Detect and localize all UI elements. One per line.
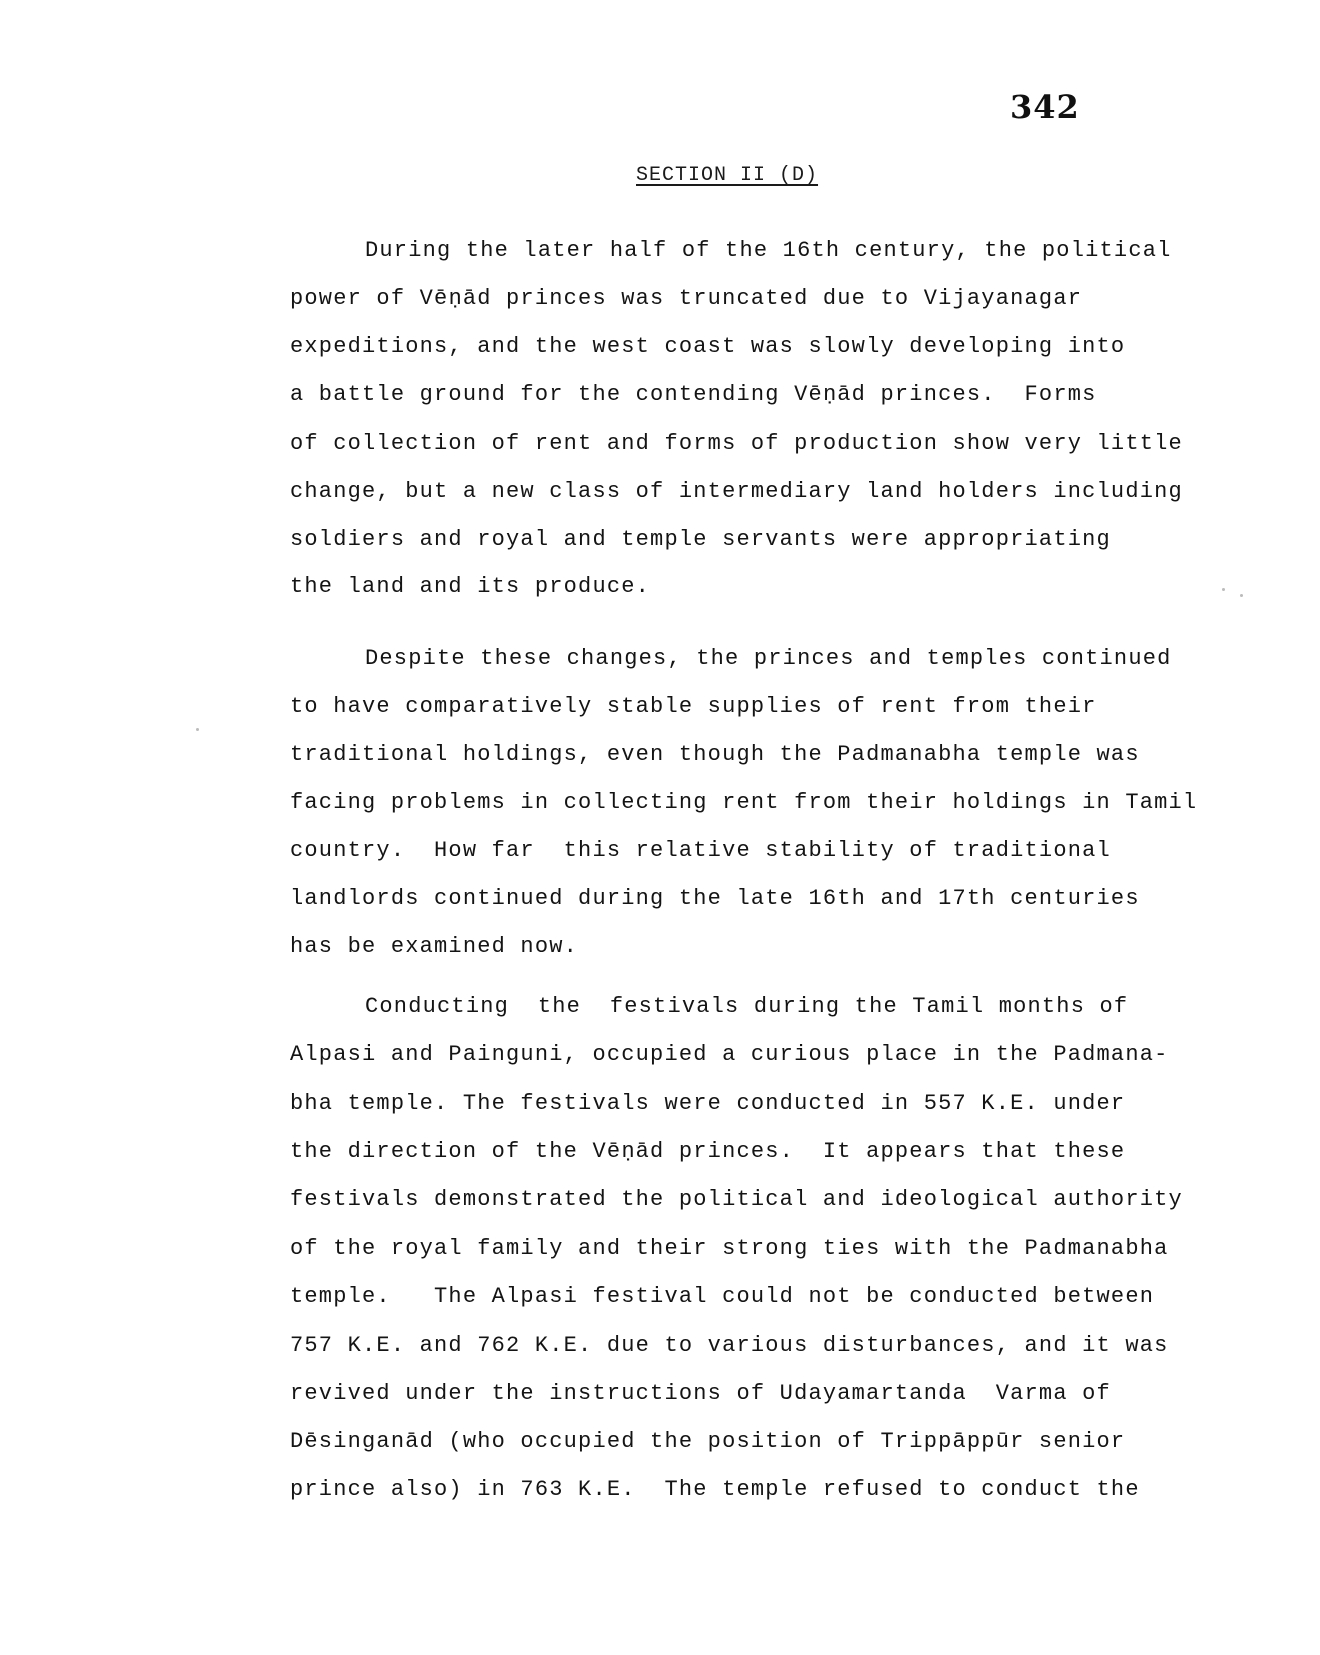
text-line: expeditions, and the west coast was slow… [290,334,1125,360]
text-line: power of Vēṇād princes was truncated due… [290,286,1082,312]
text-line: During the later half of the 16th centur… [365,238,1172,264]
text-line: of the royal family and their strong tie… [290,1236,1169,1262]
scan-speck [1222,588,1225,591]
text-line: Conducting the festivals during the Tami… [365,994,1128,1020]
text-line: soldiers and royal and temple servants w… [290,527,1111,553]
text-line: 757 K.E. and 762 K.E. due to various dis… [290,1333,1169,1359]
text-line: to have comparatively stable supplies of… [290,694,1097,720]
text-line: landlords continued during the late 16th… [290,886,1140,912]
scan-speck [1240,594,1243,597]
text-line: Alpasi and Painguni, occupied a curious … [290,1042,1169,1068]
text-line: country. How far this relative stability… [290,838,1111,864]
text-line: bha temple. The festivals were conducted… [290,1091,1125,1117]
scan-speck [196,728,199,731]
text-line: festivals demonstrated the political and… [290,1187,1183,1213]
text-line: facing problems in collecting rent from … [290,790,1197,816]
text-line: temple. The Alpasi festival could not be… [290,1284,1154,1310]
text-line: has be examined now. [290,934,578,960]
text-line: prince also) in 763 K.E. The temple refu… [290,1477,1140,1503]
text-line: of collection of rent and forms of produ… [290,431,1183,457]
text-line: Dēsinganād (who occupied the position of… [290,1429,1125,1455]
text-line: revived under the instructions of Udayam… [290,1381,1111,1407]
section-heading: SECTION II (D) [636,164,818,187]
text-line: a battle ground for the contending Vēṇād… [290,382,1097,408]
text-line: traditional holdings, even though the Pa… [290,742,1140,768]
text-line: the land and its produce. [290,574,650,600]
text-line: Despite these changes, the princes and t… [365,646,1172,672]
text-line: change, but a new class of intermediary … [290,479,1183,505]
page-number: 342 [1010,88,1080,126]
text-line: the direction of the Vēṇād princes. It a… [290,1139,1125,1165]
document-page: 342 SECTION II (D) During the later half… [0,0,1320,1655]
